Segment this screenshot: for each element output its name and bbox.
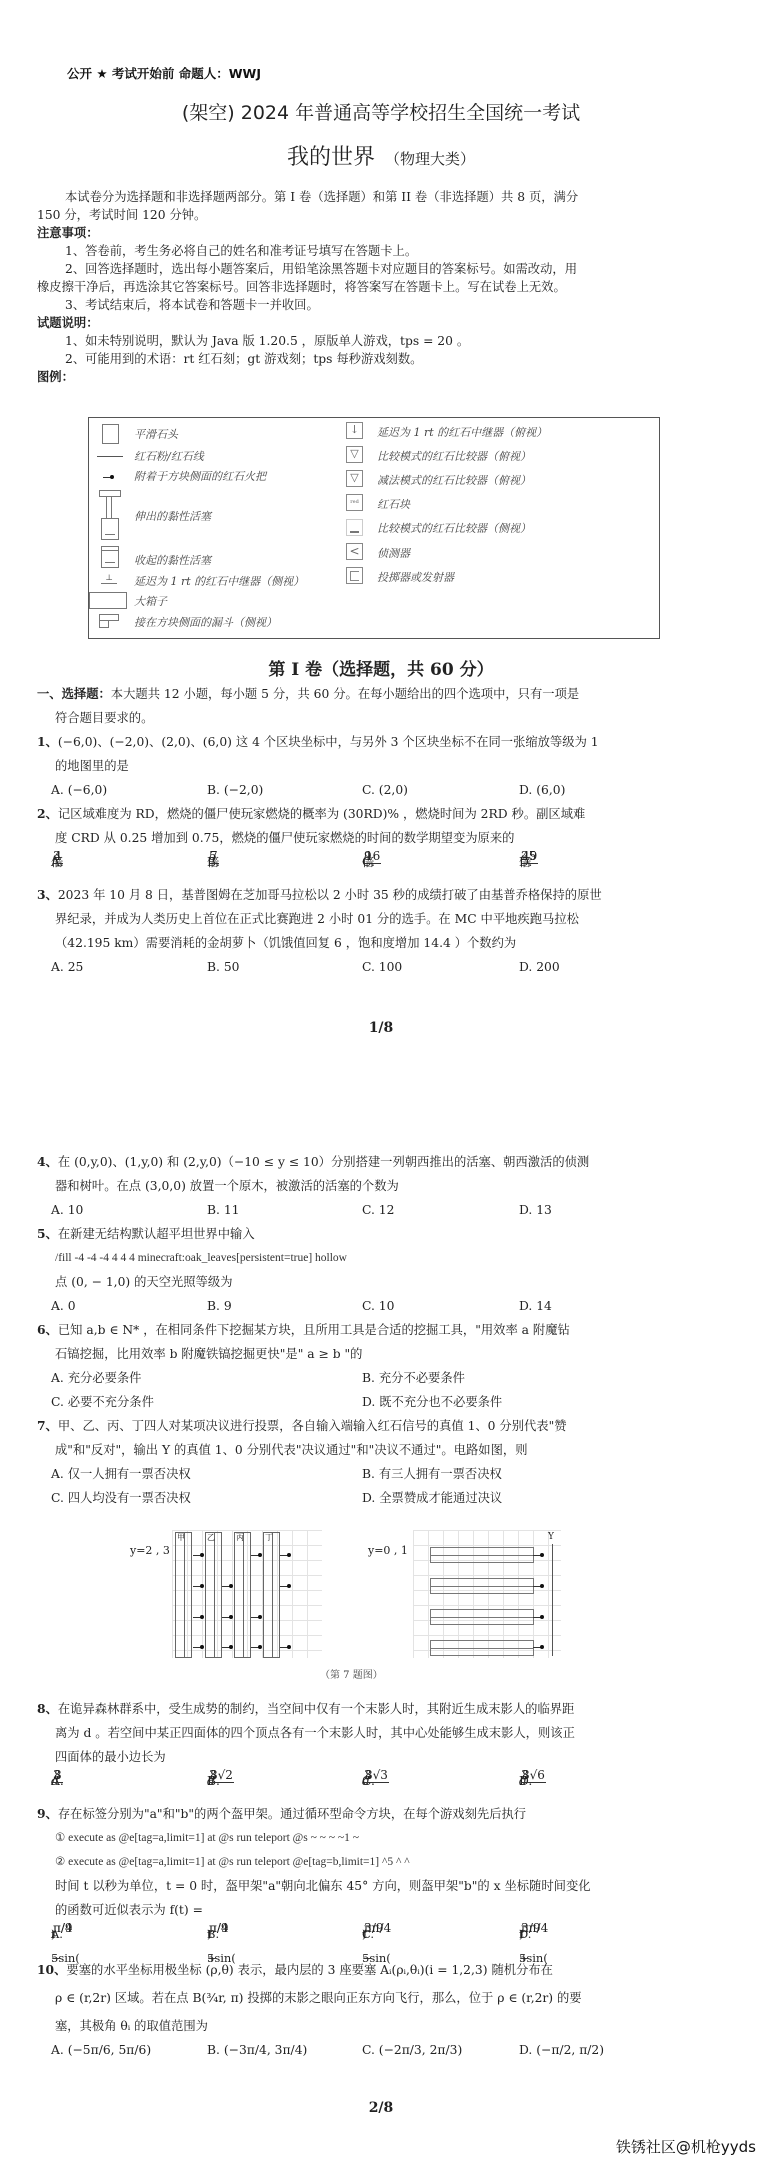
option-c[interactable]: C. 10 xyxy=(362,1294,394,1318)
command-text: ② execute as @e[tag=a,limit=1] at @s run… xyxy=(37,1850,697,1874)
options-row: A.83d B.8√23d C.8√33d D.8√63d xyxy=(37,1769,697,1803)
legend-box: 平滑石头 红石粉/红石线 附着于方块侧面的红石火把 伸出的黏性活塞 收起的黏性活… xyxy=(88,417,660,639)
comparator-subtract-top-icon: ▽ xyxy=(346,470,363,487)
section-title: 第 I 卷（选择题，共 60 分） xyxy=(0,655,762,680)
legend-label: 大箱子 xyxy=(134,593,167,609)
explain-title: 试题说明： xyxy=(37,314,727,332)
option-c[interactable]: C. (2,0) xyxy=(362,778,408,802)
question-text: 塞，其极角 θᵢ 的取值范围为 xyxy=(37,2014,697,2038)
question-3: 3、2023 年 10 月 8 日，基普图姆在芝加哥马拉松以 2 小时 35 秒… xyxy=(37,883,697,979)
options-row: A. (−5π/6, 5π/6) B. (−3π/4, 3π/4) C. (−2… xyxy=(37,2038,697,2068)
option-b[interactable]: B. (−3π/4, 3π/4) xyxy=(207,2038,307,2062)
legend-label: 伸出的黏性活塞 xyxy=(134,508,211,524)
question-text: 在诡异森林群系中，受生成势的制约，当空间中仅有一个末影人时，其附近生成末影人的临… xyxy=(58,1702,574,1716)
options-row: A. 25 B. 50 C. 100 D. 200 xyxy=(37,955,697,979)
question-1: 1、(−6,0)、(−2,0)、(2,0)、(6,0) 这 4 个区块坐标中，与… xyxy=(37,730,697,802)
input-column-bing xyxy=(234,1532,251,1658)
question-number: 7、 xyxy=(37,1418,58,1433)
repeater-side-icon: ⊥ xyxy=(101,573,117,584)
question-text: 时间 t 以秒为单位，t = 0 时，盔甲架"a"朝向北偏东 45° 方向，则盔… xyxy=(37,1874,697,1898)
instruction-text: 本大题共 12 小题，每小题 5 分，共 60 分。在每小题给出的四个选项中，只… xyxy=(111,687,579,701)
question-number: 3、 xyxy=(37,887,58,902)
redstone-torch-icon xyxy=(193,1586,202,1587)
question-text: 在 (0,y,0)、(1,y,0) 和 (2,y,0)（−10 ≤ y ≤ 10… xyxy=(58,1155,589,1169)
redstone-block-icon: red xyxy=(346,494,363,511)
redstone-torch-icon xyxy=(280,1555,289,1556)
option-b[interactable]: B. 9 xyxy=(207,1294,232,1318)
option-d[interactable]: D. 14 xyxy=(519,1294,552,1318)
wire-row xyxy=(430,1609,534,1625)
option-b[interactable]: B. 50 xyxy=(207,955,240,979)
question-6: 6、已知 a,b ∈ N* ，在相同条件下挖掘某方块，且所用工具是合适的挖掘工具… xyxy=(37,1318,697,1414)
option-d[interactable]: D. 200 xyxy=(519,955,560,979)
question-number: 1、 xyxy=(37,734,58,749)
page-number: 1/8 xyxy=(0,1020,762,1036)
notes-title: 注意事项： xyxy=(37,224,727,242)
legend-label: 投掷器或发射器 xyxy=(377,569,454,585)
option-b[interactable]: B. 11 xyxy=(207,1198,240,1222)
smooth-stone-icon xyxy=(102,424,119,444)
question-text: 离为 d 。若空间中某正四面体的四个顶点各有一个末影人时，其中心处能够生成末影人… xyxy=(37,1721,697,1745)
question-text: 界纪录，并成为人类历史上首位在正式比赛跑进 2 小时 01 分的选手。在 MC … xyxy=(37,907,697,931)
option-a[interactable]: A. 10 xyxy=(51,1198,83,1222)
question-9: 9、存在标签分别为"a"和"b"的两个盔甲架。通过循环型命令方块，在每个游戏刻先… xyxy=(37,1802,697,1954)
instruction-label: 一、选择题： xyxy=(37,686,111,701)
option-a[interactable]: A. 充分必要条件 xyxy=(51,1366,141,1390)
question-text: 在新建无结构默认超平坦世界中输入 xyxy=(58,1227,255,1241)
option-a[interactable]: A.83d xyxy=(51,1769,59,1793)
legend-label: 红石粉/红石线 xyxy=(134,448,204,464)
question-8: 8、在诡异森林群系中，受生成势的制约，当空间中仅有一个末影人时，其附近生成末影人… xyxy=(37,1697,697,1803)
redstone-torch-icon xyxy=(193,1617,202,1618)
output-label: Y xyxy=(548,1532,554,1542)
legend-label: 收起的黏性活塞 xyxy=(134,552,211,568)
question-number: 9、 xyxy=(37,1806,58,1821)
redstone-torch-icon xyxy=(280,1586,289,1587)
question-text: 四面体的最小边长为 xyxy=(37,1745,697,1769)
option-d[interactable]: D. 既不充分也不必要条件 xyxy=(362,1390,502,1414)
redstone-dust-icon xyxy=(97,456,123,457)
legend-label: 比较模式的红石比较器（俯视） xyxy=(377,448,531,464)
question-10: 10、要塞的水平坐标用极坐标 (ρ,θ) 表示，最内层的 3 座要塞 Aᵢ(ρᵢ… xyxy=(37,1958,697,2068)
column-label: 丙 xyxy=(236,1532,244,1543)
page-number: 2/8 xyxy=(0,2100,762,2116)
input-column-yi xyxy=(205,1532,222,1658)
question-7-figure: y=2 , 3 甲 乙 丙 丁 y=0 , 1 Y （第 7 题图） xyxy=(120,1530,680,1690)
question-text: 要塞的水平坐标用极坐标 (ρ,θ) 表示，最内层的 3 座要塞 Aᵢ(ρᵢ,θᵢ… xyxy=(66,1963,553,1977)
options-row: A.43倍 B.75倍 C.169倍 D.4925倍 xyxy=(37,850,697,882)
note-2-cont: 橡皮擦干净后，再选涂其它答案标号。回答非选择题时，将答案写在答题卡上。写在试卷上… xyxy=(37,278,727,296)
option-a[interactable]: A. 0 xyxy=(51,1294,76,1318)
figure-right-label: y=0 , 1 xyxy=(368,1544,408,1557)
legend-label: 接在方块侧面的漏斗（侧视） xyxy=(134,614,277,630)
options-row: A. 仅一人拥有一票否决权 B. 有三人拥有一票否决权 xyxy=(37,1462,697,1486)
question-text: 的地图里的是 xyxy=(37,754,697,778)
intro-paragraph-2: 150 分，考试时间 120 分钟。 xyxy=(37,206,727,224)
option-c[interactable]: C.8√33d xyxy=(362,1769,370,1793)
question-number: 2、 xyxy=(37,806,58,821)
options-row: A. 5sin(π/9t −π/4) B. 5sin(π/9t +π/4) C.… xyxy=(37,1922,697,1954)
subject-name: 我的世界 xyxy=(287,145,375,170)
redstone-torch-icon xyxy=(280,1647,289,1648)
question-text: (−6,0)、(−2,0)、(2,0)、(6,0) 这 4 个区块坐标中，与另外… xyxy=(58,735,599,749)
question-text: 度 CRD 从 0.25 增加到 0.75，燃烧的僵尸使玩家燃烧的时间的数学期望… xyxy=(37,826,697,850)
wire-row xyxy=(430,1578,534,1594)
option-d[interactable]: D. (−π/2, π/2) xyxy=(519,2038,604,2062)
note-3: 3、考试结束后，将本试卷和答题卡一并收回。 xyxy=(37,296,727,314)
column-label: 甲 xyxy=(177,1532,185,1543)
question-7: 7、甲、乙、丙、丁四人对某项决议进行投票，各自输入端输入红石信号的真值 1、0 … xyxy=(37,1414,697,1510)
option-b[interactable]: B. (−2,0) xyxy=(207,778,263,802)
wire-row xyxy=(430,1640,534,1656)
question-number: 10、 xyxy=(37,1962,66,1977)
option-c[interactable]: C. (−2π/3, 2π/3) xyxy=(362,2038,462,2062)
options-row: A. (−6,0) B. (−2,0) C. (2,0) D. (6,0) xyxy=(37,778,697,802)
legend-label: 附着于方块侧面的红石火把 xyxy=(134,468,266,484)
option-b[interactable]: B.8√23d xyxy=(207,1769,215,1793)
legend-label: 延迟为 1 rt 的红石中继器（侧视） xyxy=(134,573,304,589)
redstone-torch-icon xyxy=(533,1555,542,1556)
extended-sticky-piston-icon xyxy=(99,490,119,542)
legend-label: 红石块 xyxy=(377,496,410,512)
question-number: 6、 xyxy=(37,1322,58,1337)
option-d[interactable]: D. 13 xyxy=(519,1198,552,1222)
option-a[interactable]: A. (−5π/6, 5π/6) xyxy=(51,2038,151,2062)
note-1: 1、答卷前，考生务必将自己的姓名和准考证号填写在答题卡上。 xyxy=(37,242,727,260)
option-d[interactable]: D. (6,0) xyxy=(519,778,565,802)
legend-label: 比较模式的红石比较器（侧视） xyxy=(377,520,531,536)
comparator-side-icon xyxy=(346,519,363,536)
options-row: C. 必要不充分条件 D. 既不充分也不必要条件 xyxy=(37,1390,697,1414)
option-b[interactable]: B. 充分不必要条件 xyxy=(362,1366,465,1390)
option-d[interactable]: D.8√63d xyxy=(519,1769,527,1793)
options-row: A. 0 B. 9 C. 10 D. 14 xyxy=(37,1294,697,1318)
legend-label: 减法模式的红石比较器（俯视） xyxy=(377,472,531,488)
redstone-torch-icon xyxy=(251,1647,260,1648)
options-row: A. 10 B. 11 C. 12 D. 13 xyxy=(37,1198,697,1222)
question-text: 2023 年 10 月 8 日，基普图姆在芝加哥马拉松以 2 小时 35 秒的成… xyxy=(58,888,602,902)
redstone-torch-icon xyxy=(533,1617,542,1618)
redstone-torch-icon xyxy=(103,473,115,481)
question-5: 5、在新建无结构默认超平坦世界中输入 /fill -4 -4 -4 4 4 4 … xyxy=(37,1222,697,1318)
input-column-ding xyxy=(263,1532,280,1658)
explain-1: 1、如未特别说明，默认为 Java 版 1.20.5 ，原版单人游戏，tps =… xyxy=(37,332,727,350)
question-text: 存在标签分别为"a"和"b"的两个盔甲架。通过循环型命令方块，在每个游戏刻先后执… xyxy=(58,1807,526,1821)
redstone-torch-icon xyxy=(222,1586,231,1587)
question-text: 器和树叶。在点 (3,0,0) 放置一个原木，被激活的活塞的个数为 xyxy=(37,1174,697,1198)
exam-meta-line: 公开 ★ 考试开始前 命题人：WWJ xyxy=(67,64,261,82)
comparator-compare-top-icon: ▽ xyxy=(346,446,363,463)
legend-title: 图例： xyxy=(37,368,727,386)
observer-icon: < xyxy=(346,543,363,560)
question-text: 已知 a,b ∈ N* ，在相同条件下挖掘某方块，且所用工具是合适的挖掘工具，"… xyxy=(58,1323,570,1337)
question-text: 记区域难度为 RD，燃烧的僵尸使玩家燃烧的概率为 (30RD)% ，燃烧时间为 … xyxy=(58,807,585,821)
question-number: 8、 xyxy=(37,1701,58,1716)
legend-label: 平滑石头 xyxy=(134,426,178,442)
exam-title: (架空) 2024 年普通高等学校招生全国统一考试 xyxy=(0,98,762,125)
option-a[interactable]: A. (−6,0) xyxy=(51,778,107,802)
question-text: ρ ∈ (r,2r) 区域。若在点 B(¾r, π) 投掷的末影之眼向正东方向飞… xyxy=(37,1982,697,2014)
note-2: 2、回答选择题时，选出每小题答案后，用铅笔涂黑答题卡对应题目的答案标号。如需改动… xyxy=(37,260,727,278)
redstone-torch-icon xyxy=(533,1586,542,1587)
question-text: 的函数可近似表示为 f(t) = xyxy=(37,1898,697,1922)
instruction-text-cont: 符合题目要求的。 xyxy=(37,706,697,730)
column-label: 丁 xyxy=(265,1532,273,1543)
explain-2: 2、可能用到的术语：rt 红石刻；gt 游戏刻；tps 每秒游戏刻数。 xyxy=(37,350,727,368)
legend-label: 延迟为 1 rt 的红石中继器（俯视） xyxy=(377,424,547,440)
question-4: 4、在 (0,y,0)、(1,y,0) 和 (2,y,0)（−10 ≤ y ≤ … xyxy=(37,1150,697,1222)
hopper-side-icon xyxy=(99,614,119,628)
question-2: 2、记区域难度为 RD，燃烧的僵尸使玩家燃烧的概率为 (30RD)% ，燃烧时间… xyxy=(37,802,697,882)
redstone-torch-icon xyxy=(222,1647,231,1648)
question-text: 石镐挖掘，比用效率 b 附魔铁镐挖掘更快"是" a ≥ b "的 xyxy=(37,1342,697,1366)
option-a[interactable]: A. 仅一人拥有一票否决权 xyxy=(51,1462,191,1486)
question-text: （42.195 km）需要消耗的金胡萝卜（饥饿值回复 6 ，饱和度增加 14.4… xyxy=(37,931,697,955)
subject-category: （物理大类） xyxy=(385,150,475,168)
question-text: 甲、乙、丙、丁四人对某项决议进行投票，各自输入端输入红石信号的真值 1、0 分别… xyxy=(58,1419,567,1433)
large-chest-icon xyxy=(89,592,127,609)
option-a[interactable]: A. 25 xyxy=(51,955,83,979)
figure-left-label: y=2 , 3 xyxy=(130,1544,170,1557)
column-label: 乙 xyxy=(207,1532,215,1543)
dispenser-icon xyxy=(346,567,363,584)
redstone-torch-icon xyxy=(222,1617,231,1618)
intro-block: 本试卷分为选择题和非选择题两部分。第 I 卷（选择题）和第 II 卷（非选择题）… xyxy=(37,188,727,386)
option-b[interactable]: B. 有三人拥有一票否决权 xyxy=(362,1462,502,1486)
redstone-torch-icon xyxy=(533,1647,542,1648)
option-d[interactable]: D. 全票赞成才能通过决议 xyxy=(362,1486,502,1510)
redstone-torch-icon xyxy=(251,1555,260,1556)
section-instruction: 一、选择题：本大题共 12 小题，每小题 5 分，共 60 分。在每小题给出的四… xyxy=(37,682,697,730)
option-c[interactable]: C. 12 xyxy=(362,1198,394,1222)
question-text: 点 (0, − 1,0) 的天空光照等级为 xyxy=(37,1270,697,1294)
options-row: C. 四人均没有一票否决权 D. 全票赞成才能通过决议 xyxy=(37,1486,697,1510)
intro-paragraph-1: 本试卷分为选择题和非选择题两部分。第 I 卷（选择题）和第 II 卷（非选择题）… xyxy=(37,188,727,206)
question-number: 4、 xyxy=(37,1154,58,1169)
command-text: ① execute as @e[tag=a,limit=1] at @s run… xyxy=(37,1826,697,1850)
question-number: 5、 xyxy=(37,1226,58,1241)
legend-label: 侦测器 xyxy=(377,545,410,561)
question-text: 成"和"反对"，输出 Y 的真值 1、0 分别代表"决议通过"和"决议不通过"。… xyxy=(37,1438,697,1462)
option-c[interactable]: C. 四人均没有一票否决权 xyxy=(51,1486,191,1510)
watermark: 铁锈社区@机枪yyds xyxy=(616,2136,756,2157)
retracted-sticky-piston-icon xyxy=(101,546,119,568)
redstone-torch-icon xyxy=(193,1647,202,1648)
exam-subtitle: 我的世界（物理大类） xyxy=(0,140,762,171)
option-c[interactable]: C. 100 xyxy=(362,955,402,979)
repeater-top-icon: ↓ xyxy=(346,422,363,439)
figure-caption: （第 7 题图） xyxy=(320,1666,383,1681)
redstone-torch-icon xyxy=(193,1555,202,1556)
options-row: A. 充分必要条件 B. 充分不必要条件 xyxy=(37,1366,697,1390)
option-c[interactable]: C. 必要不充分条件 xyxy=(51,1390,154,1414)
wire-row xyxy=(430,1547,534,1563)
input-column-jia xyxy=(175,1532,192,1658)
command-text: /fill -4 -4 -4 4 4 4 minecraft:oak_leave… xyxy=(37,1246,697,1270)
redstone-torch-icon xyxy=(251,1617,260,1618)
output-wire xyxy=(552,1544,553,1656)
